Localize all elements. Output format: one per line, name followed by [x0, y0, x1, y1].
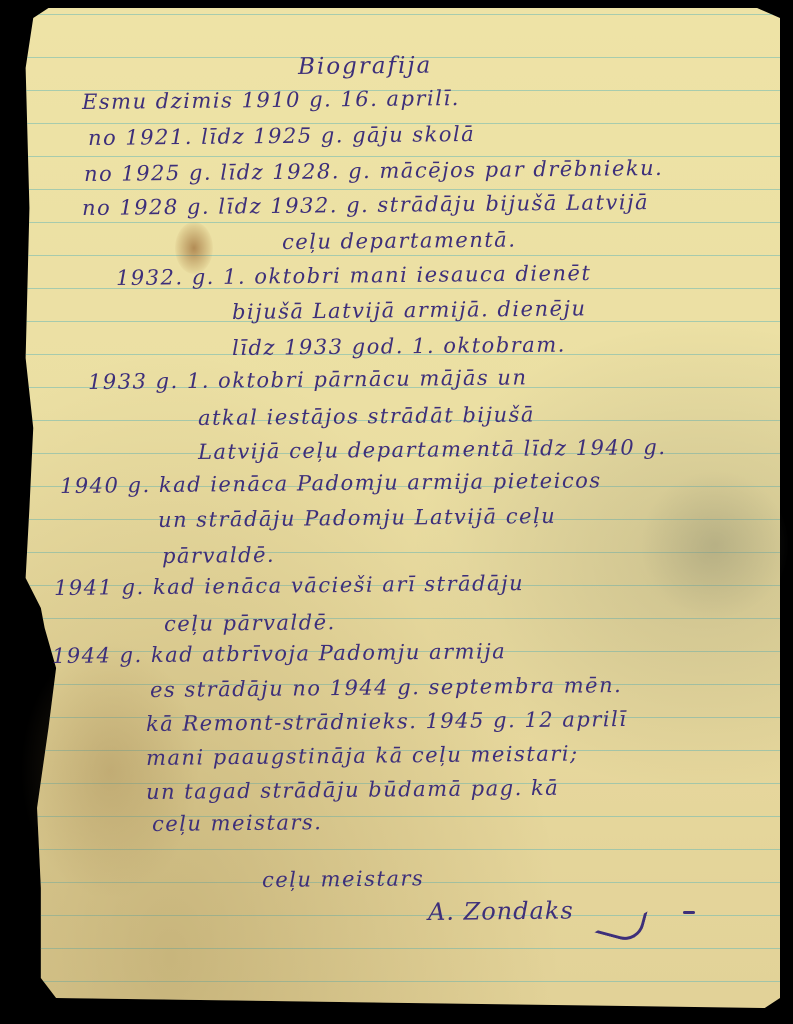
signature: A. Zondaks: [428, 898, 574, 924]
text-line-11: Latvijā ceļu departamentā līdz 1940 g.: [198, 437, 667, 463]
text-line-1: Esmu dzimis 1910 g. 16. aprilī.: [82, 88, 460, 113]
text-line-20: mani paaugstināja kā ceļu meistari;: [146, 743, 579, 769]
closing-position: ceļu meistars: [262, 868, 424, 891]
text-line-2: no 1921. līdz 1925 g. gāju skolā: [88, 124, 475, 149]
text-line-17: 1944 g. kad atbrīvoja Padomju armija: [52, 641, 506, 667]
text-line-16: ceļu pārvaldē.: [164, 612, 336, 635]
text-line-13: un strādāju Padomju Latvijā ceļu: [158, 506, 556, 531]
document-title: Biografija: [298, 55, 432, 79]
text-line-7: bijušā Latvijā armijā. dienēju: [232, 298, 587, 323]
text-line-8: līdz 1933 god. 1. oktobram.: [232, 335, 566, 359]
text-line-18: es strādāju no 1944 g. septembra mēn.: [150, 675, 622, 701]
text-line-15: 1941 g. kad ienāca vācieši arī strādāju: [54, 573, 524, 599]
text-line-21: un tagad strādāju būdamā pag. kā: [146, 778, 559, 803]
text-line-5: ceļu departamentā.: [282, 230, 517, 253]
text-line-10: atkal iestājos strādāt bijušā: [198, 404, 535, 429]
text-line-22: ceļu meistars.: [152, 812, 323, 835]
signature-dash: [683, 911, 695, 914]
text-line-9: 1933 g. 1. oktobri pārnācu mājās un: [88, 367, 528, 393]
text-line-12: 1940 g. kad ienāca Padomju armija pietei…: [60, 470, 602, 497]
text-line-14: pārvaldē.: [162, 545, 275, 567]
text-line-6: 1932. g. 1. oktobri mani iesauca dienēt: [116, 263, 592, 289]
text-line-19: kā Remont-strādnieks. 1945 g. 12 aprilī: [146, 709, 628, 735]
